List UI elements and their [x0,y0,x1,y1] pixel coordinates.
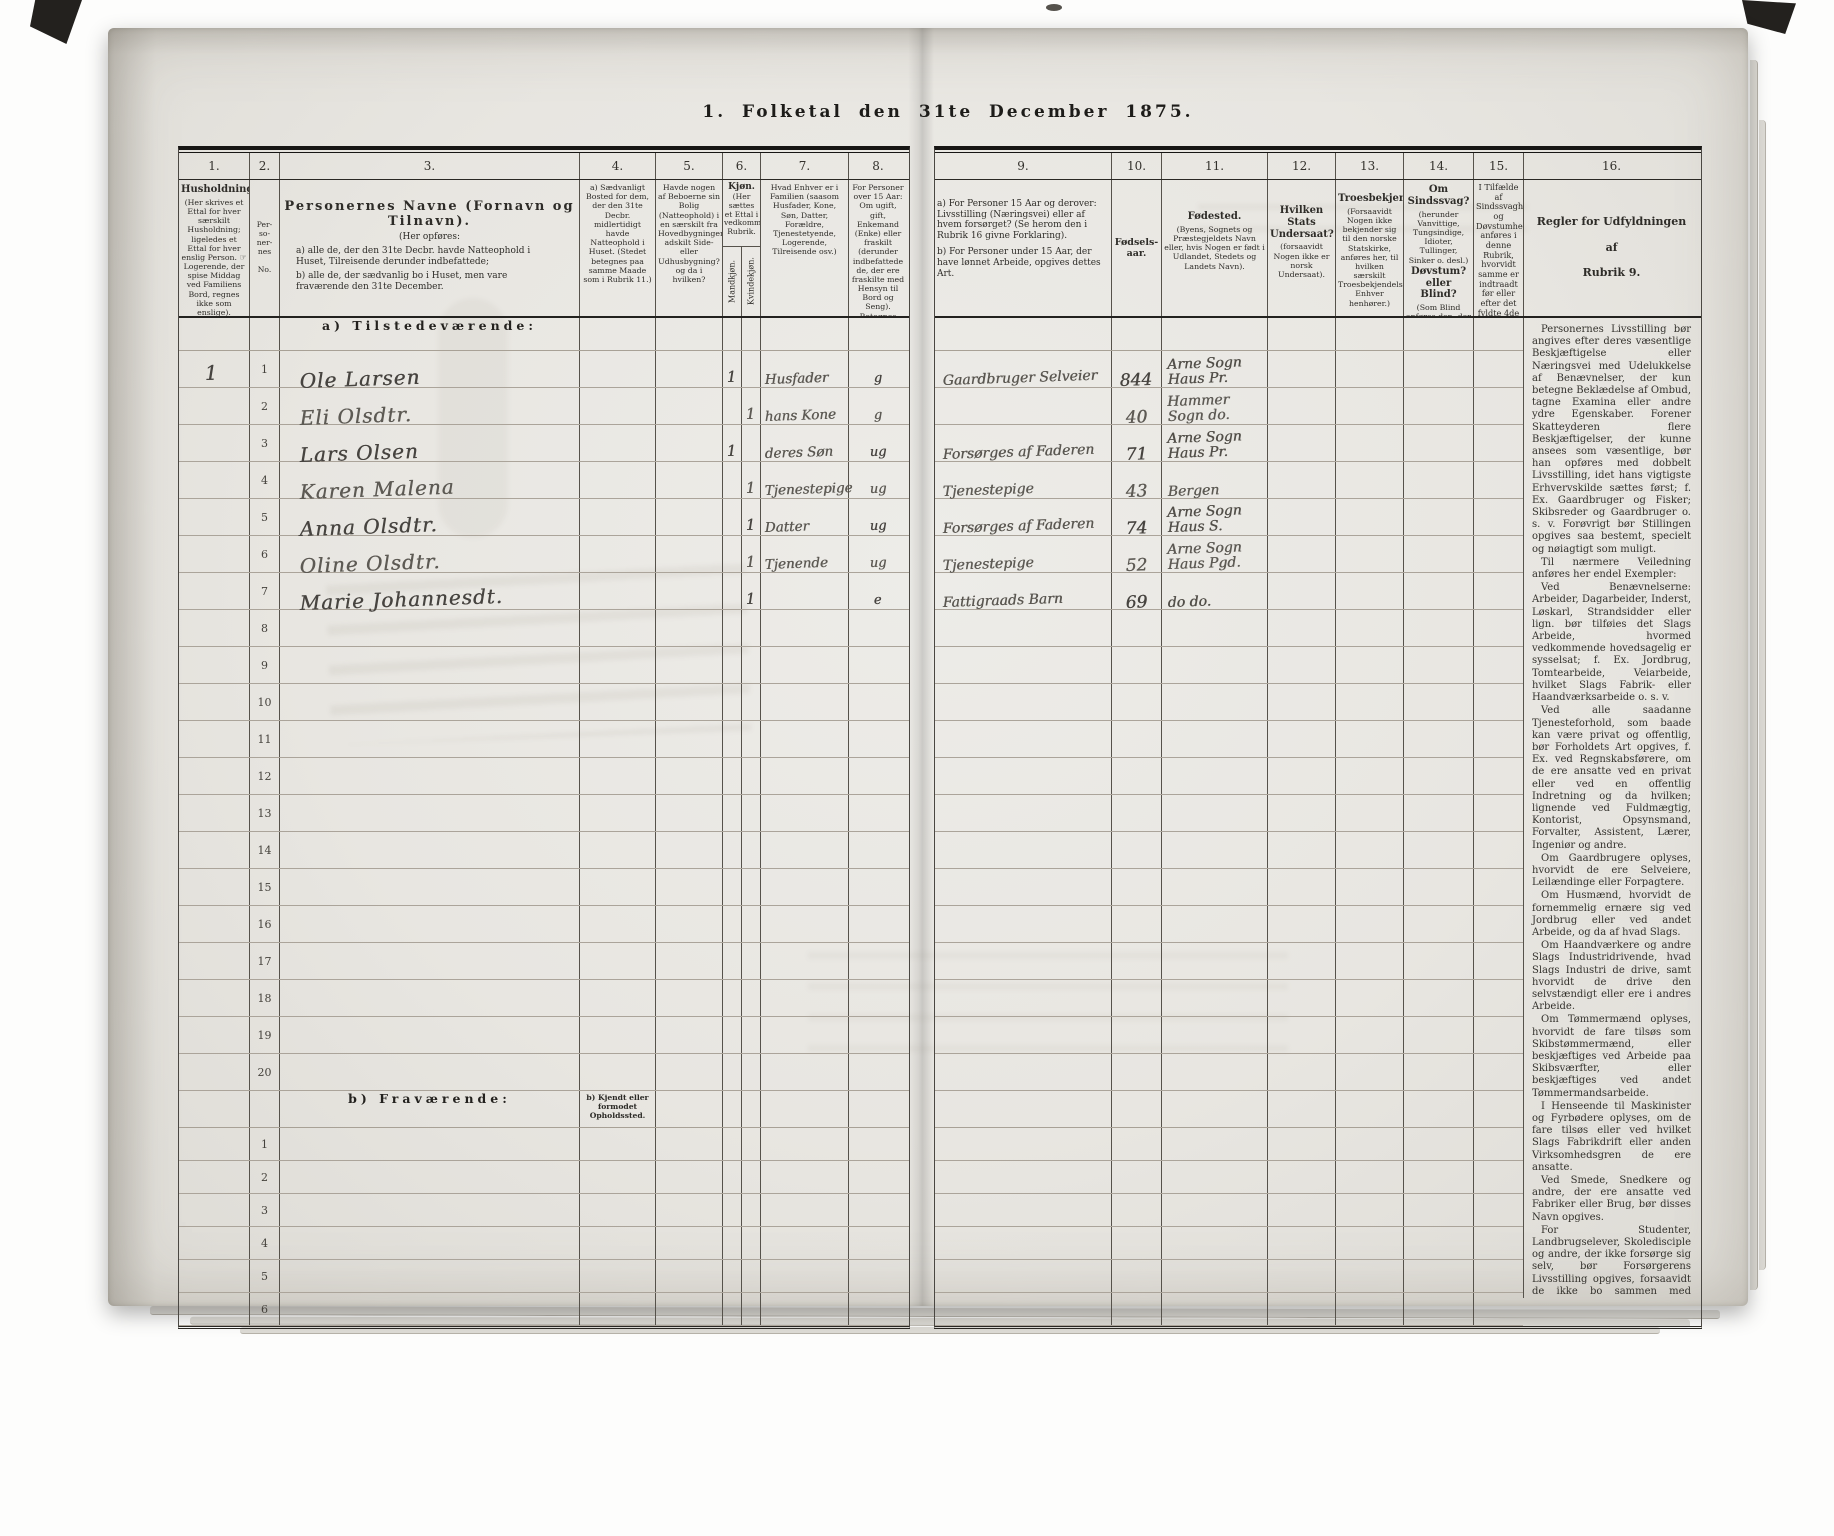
table-row: 2 [179,1161,909,1194]
row-number: 8 [249,610,279,646]
row-number: 15 [249,869,279,905]
table-row [935,721,1523,758]
table-row: 2 Eli Olsdtr. 1 hans Kone g [179,388,909,425]
female-mark: 1 [746,407,756,422]
col-num-7: 7. [760,153,848,179]
table-row: 11 [179,721,909,758]
row-number: 17 [249,943,279,979]
table-row: 13 [179,795,909,832]
row-number: 2 [249,388,279,424]
header-person-no: Per- so- ner- nes No. [249,180,279,316]
table-row: 15 [179,869,909,906]
table-row [935,1128,1523,1161]
table-row: 4 Karen Malena 1 Tjenestepige ug [179,462,909,499]
table-row: Tjenestepige 52 Arne Sogn Haus Pgd. [935,536,1523,573]
census-table-right: 9. 10. 11. 12. 13. 14. 15. 16. a) For Pe… [934,146,1702,1329]
female-mark: 1 [746,481,756,496]
row-number: 3 [249,425,279,461]
table-row [935,906,1523,943]
table-row [935,610,1523,647]
census-page: 1. Folketal den 31te December 1875. 1. 2… [108,28,1748,1306]
marital-status: g [873,409,882,422]
instruction-paragraph: Ved alle saadanne Tjenesteforhold, som b… [1532,705,1691,851]
col-num-9: 9. [935,153,1111,179]
table-row [935,980,1523,1017]
stacked-page-edge-right [1759,120,1766,1270]
col-num-6: 6. [722,153,760,179]
row-number: 19 [249,1017,279,1053]
row-number: 4 [249,462,279,498]
table-row [935,1161,1523,1194]
row-number: 14 [249,832,279,868]
female-mark: 1 [746,555,756,570]
instructions-text: Personernes Livsstilling bør angives eft… [1523,318,1699,1298]
household-mark: 1 [204,363,217,383]
row-number: 5 [249,1260,279,1292]
occupation: Forsørges af Faderen [942,517,1094,537]
header-birthplace: Fødested. (Byens, Sognets og Præstegjeld… [1161,180,1267,316]
table-row [935,1054,1523,1091]
table-row: 10 [179,684,909,721]
occupation: Tjenestepige [942,556,1034,574]
row-number: 16 [249,906,279,942]
section-b-label: b) Fraværende: [280,1091,579,1106]
row-number: 20 [249,1054,279,1090]
column-number-row: 1. 2. 3. 4. 5. 6. 7. 8. [179,152,909,180]
table-row: 7 Marie Johannesdt. 1 e [179,573,909,610]
col-num-3: 3. [279,153,579,179]
table-row [935,869,1523,906]
photo-corner-mark-right [1742,0,1796,34]
table-row: 3 Lars Olsen 1 deres Søn ug [179,425,909,462]
table-row [935,1260,1523,1293]
col-num-4: 4. [579,153,655,179]
table-row: 8 [179,610,909,647]
section-b-note: b) Kjendt eller formodet Opholdssted. [580,1091,655,1120]
female-mark: 1 [746,592,756,607]
table-row [935,1017,1523,1054]
census-table-left: 1. 2. 3. 4. 5. 6. 7. 8. Husholdninger. (… [178,146,910,1329]
row-number: 6 [249,1293,279,1325]
instruction-paragraph: Om Husmænd, hvorvidt de fornemmelig ernæ… [1532,890,1691,939]
marital-status: e [874,594,882,607]
row-number: 4 [249,1227,279,1259]
birthplace: Arne Sogn Haus Pr. [1167,429,1267,463]
header-disability-onset: I Tilfælde af Sindssvaghed og Døvstumhed… [1473,180,1523,316]
instruction-paragraph: Om Haandværkere og andre Slags Industrid… [1532,940,1691,1013]
instruction-paragraph: Om Gaardbrugere oplyses, hvorvidt de ere… [1532,853,1691,890]
family-role: Tjenestepige [765,481,853,498]
family-role: deres Søn [765,445,834,461]
birthplace: Bergen [1167,483,1219,500]
table-row [935,1227,1523,1260]
table-row: 3 [179,1194,909,1227]
header-rules: Regler for Udfyldningen af Rubrik 9. [1523,180,1699,316]
header-occupation: a) For Personer 15 Aar og derover: Livss… [935,180,1111,316]
birthplace: Arne Sogn Haus Pgd. [1167,540,1267,574]
table-row: 40 Hammer Sogn do. [935,388,1523,425]
col-num-2: 2. [249,153,279,179]
table-row: 18 [179,980,909,1017]
col-num-13: 13. [1335,153,1403,179]
instruction-paragraph: For Studenter, Landbrugselever, Skoledis… [1532,1225,1691,1298]
row-number: 18 [249,980,279,1016]
marital-status: g [873,372,882,385]
row-number: 2 [249,1161,279,1193]
table-row: Fattigraads Barn 69 do do. [935,573,1523,610]
family-role: Datter [765,520,810,535]
family-role: Tjenende [765,556,829,572]
birthplace: Arne Sogn Haus Pr. [1167,355,1267,389]
col-num-8: 8. [848,153,907,179]
col-num-12: 12. [1267,153,1335,179]
header-family-position: Hvad Enhver er i Familien (saasom Husfad… [760,180,848,316]
photo-corner-mark-left [30,0,82,44]
table-row [935,1194,1523,1227]
table-row: Forsørges af Faderen 71 Arne Sogn Haus P… [935,425,1523,462]
table-row: Gaardbruger Selveier 844 Arne Sogn Haus … [935,351,1523,388]
marital-status: ug [869,482,886,496]
instruction-paragraph: I Henseende til Maskinister og Fyrbødere… [1532,1101,1691,1174]
row-number: 11 [249,721,279,757]
marital-status: ug [869,519,886,533]
scanned-census-photo: 1. Folketal den 31te December 1875. 1. 2… [0,0,1834,1536]
col-num-1: 1. [179,153,249,179]
occupation: Forsørges af Faderen [942,443,1094,463]
page-title: 1. Folketal den 31te December 1875. [668,102,1228,122]
table-row: 6 Oline Olsdtr. 1 Tjenende ug [179,536,909,573]
right-table-body: Gaardbruger Selveier 844 Arne Sogn Haus … [935,318,1701,1326]
occupation: Gaardbruger Selveier [942,369,1097,389]
section-b-header: b) Fraværende: b) Kjendt eller formodet … [179,1091,909,1128]
table-row [935,832,1523,869]
header-usual-residence: a) Sædvanligt Bosted for dem, der den 31… [579,180,655,316]
male-mark: 1 [727,444,737,459]
header-sex: Kjøn.(Her sættes et Ettal i vedkommende … [722,180,760,316]
header-citizenship: Hvilken Stats Undersaat? (forsaavidt Nog… [1267,180,1335,316]
instruction-paragraph: Ved Benævnelserne: Arbeider, Dagarbeider… [1532,582,1691,704]
col-num-16: 16. [1523,153,1699,179]
table-row: 4 [179,1227,909,1260]
column-header-row: Husholdninger. (Her skrives et Ettal for… [179,180,909,318]
table-row: 16 [179,906,909,943]
header-creed: Troesbekjendelse. (Forsaavidt Nogen ikke… [1335,180,1403,316]
section-a-label: a) Tilstedeværende: [280,318,579,333]
stacked-page-edge-right [1750,60,1758,1290]
marital-status: ug [869,556,886,570]
table-row: 1 [179,1128,909,1161]
instruction-paragraph: Ved Smede, Snedkere og andre, der ere an… [1532,1175,1691,1224]
col-num-5: 5. [655,153,722,179]
header-households: Husholdninger. (Her skrives et Ettal for… [179,180,249,316]
row-number: 5 [249,499,279,535]
table-row [935,684,1523,721]
table-row: 12 [179,758,909,795]
table-row [935,795,1523,832]
instruction-paragraph: Personernes Livsstilling bør angives eft… [1532,324,1691,556]
row-number: 7 [249,573,279,609]
col-num-10: 10. [1111,153,1161,179]
table-row: 20 [179,1054,909,1091]
section-a-header: a) Tilstedeværende: [179,318,909,351]
header-birth-year: Fødsels- aar. [1111,180,1161,316]
row-number: 1 [249,351,279,387]
table-row: 17 [179,943,909,980]
row-number: 12 [249,758,279,794]
row-number: 9 [249,647,279,683]
header-names: Personernes Navne (Fornavn og Tilnavn). … [279,180,579,316]
table-row: 1 1 Ole Larsen 1 Husfader g [179,351,909,388]
header-disabilities: Om Sindssvag? (herunder Vanvittige, Tung… [1403,180,1473,316]
birthplace: do do. [1167,594,1211,611]
column-header-row: a) For Personer 15 Aar og derover: Livss… [935,180,1701,318]
table-row: Tjenestepige 43 Bergen [935,462,1523,499]
header-outbuilding: Havde nogen af Beboerne sin Bolig (Natte… [655,180,722,316]
table-row: 5 [179,1260,909,1293]
instruction-paragraph: Til nærmere Veiledning anføres her endel… [1532,557,1691,581]
column-number-row: 9. 10. 11. 12. 13. 14. 15. 16. [935,152,1701,180]
book-fold-shadow [908,28,934,1306]
family-role: hans Kone [765,408,837,424]
row-number: 6 [249,536,279,572]
col-num-15: 15. [1473,153,1523,179]
marital-status: ug [869,445,886,459]
table-row: Forsørges af Faderen 74 Arne Sogn Haus S… [935,499,1523,536]
table-row [935,1293,1523,1326]
birthplace: Arne Sogn Haus S. [1167,503,1267,537]
row-number: 3 [249,1194,279,1226]
occupation: Fattigraads Barn [942,592,1063,611]
col-num-14: 14. [1403,153,1473,179]
female-mark: 1 [746,518,756,533]
occupation: Tjenestepige [942,482,1034,500]
table-row: 14 [179,832,909,869]
row-number: 13 [249,795,279,831]
table-row: 19 [179,1017,909,1054]
instruction-paragraph: Om Tømmermænd oplyses, hvorvidt de fare … [1532,1014,1691,1099]
male-mark: 1 [727,370,737,385]
table-row [935,647,1523,684]
table-row: 6 [179,1293,909,1326]
table-row [935,758,1523,795]
table-row [935,943,1523,980]
row-number: 1 [249,1128,279,1160]
family-role: Husfader [765,371,829,387]
table-row: 5 Anna Olsdtr. 1 Datter ug [179,499,909,536]
person-name: Marie Johannesdt. [299,586,503,613]
photo-top-smudge [1046,4,1062,11]
header-male: Mandkjøn. [723,247,741,316]
header-marital-status: For Personer over 15 Aar: Om ugift, gift… [848,180,907,316]
birthplace: Hammer Sogn do. [1167,392,1267,426]
table-row: 9 [179,647,909,684]
row-number: 10 [249,684,279,720]
col-num-11: 11. [1161,153,1267,179]
header-female: Kvindekjøn. [741,247,760,316]
